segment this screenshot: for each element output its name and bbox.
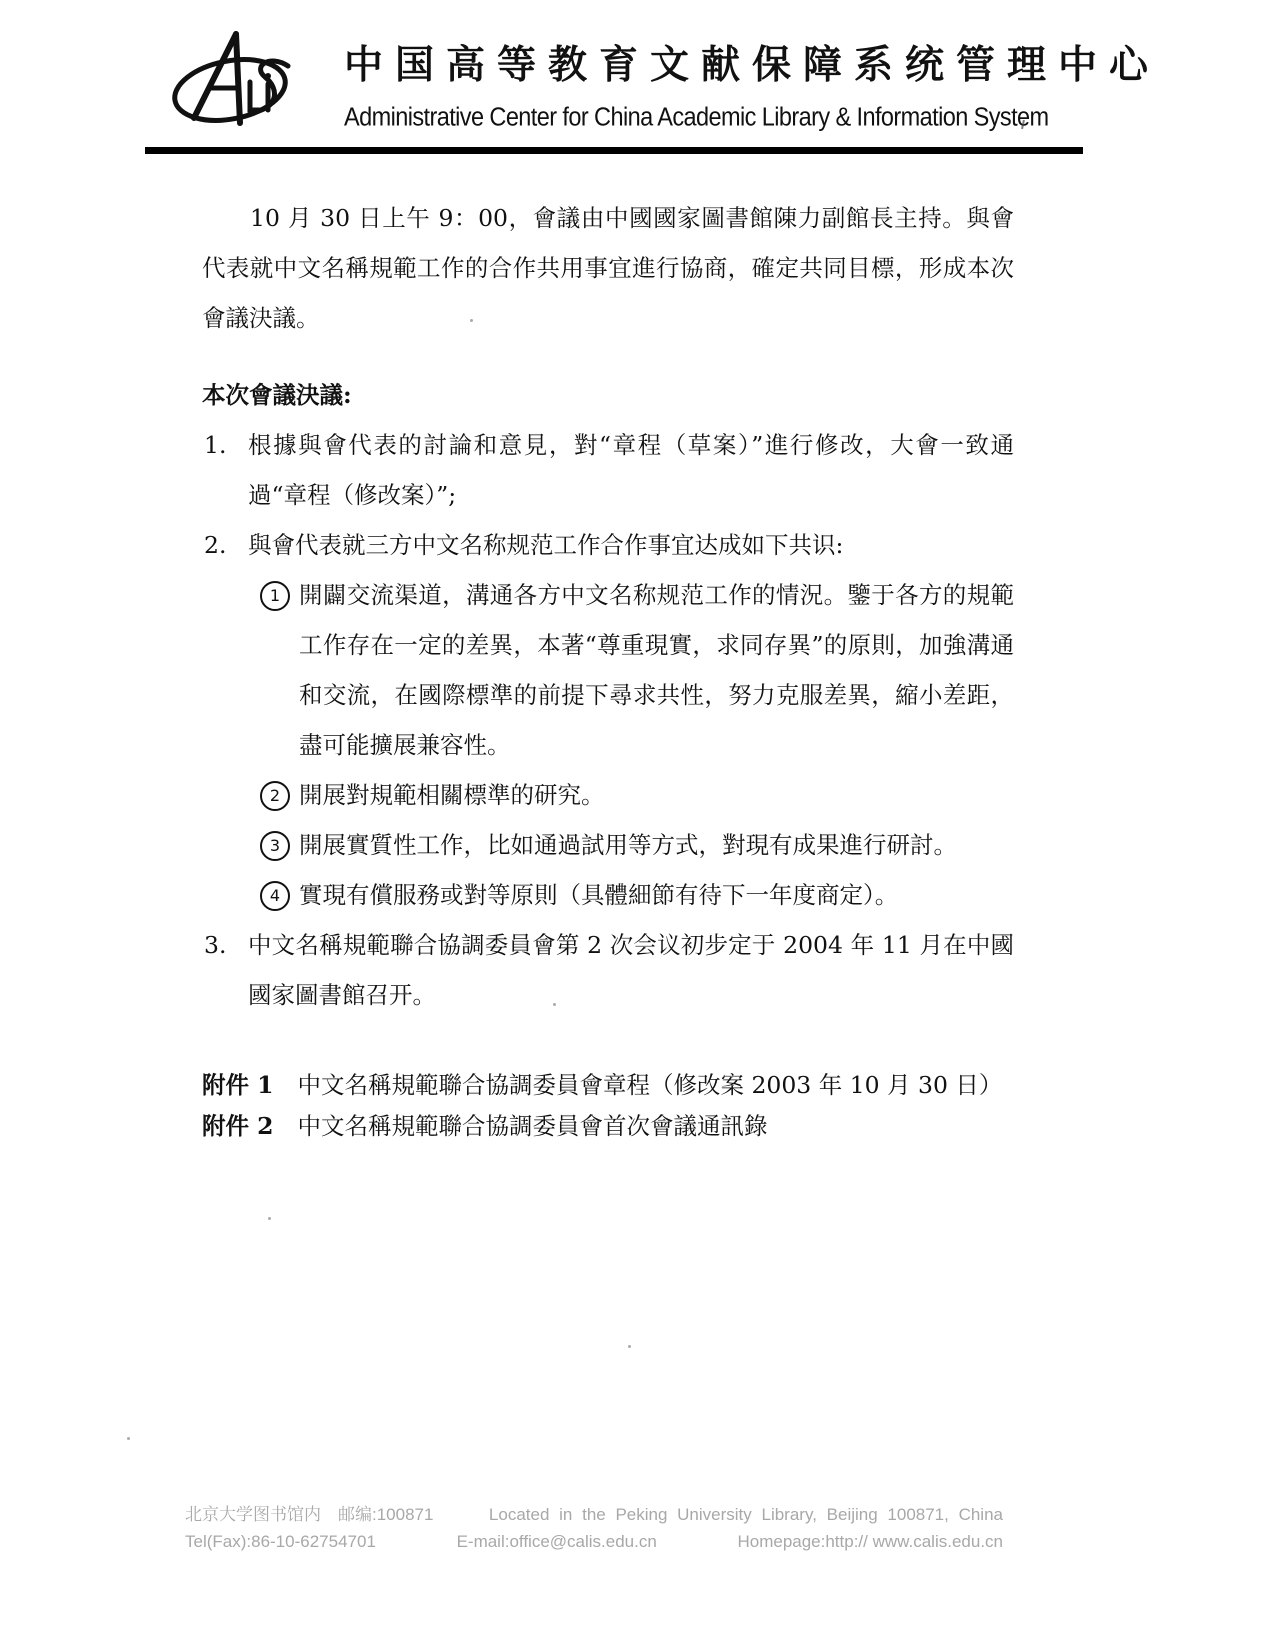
footer-address-en: Located in the Peking University Library… [489,1501,1003,1528]
scan-artifact-dot [628,1345,631,1348]
org-title-chinese: 中国高等教育文献保障系统管理中心 [344,34,1160,90]
resolution-item-2: 2. 與會代表就三方中文名称规范工作合作事宜达成如下共识: [202,520,1014,570]
attachment-text: 中文名稱規範聯合協調委員會首次會議通訊錄 [297,1112,767,1140]
scan-artifact-dot [404,992,407,995]
consensus-subitem-4: 4 實現有償服務或對等原則（具體細節有待下一年度商定）。 [202,870,1014,920]
resolutions-heading: 本次會議決議: [202,370,1014,420]
subitem-text: 開展對規範相關標準的研究。 [299,781,605,809]
footer-address-line: 北京大学图书馆内 邮编:100871 Located in the Peking… [185,1501,1003,1528]
footer-address-zh: 北京大学图书馆内 邮编:100871 [185,1501,433,1528]
letter-body: 10 月 30 日上午 9：00，會議由中國國家圖書館陳力副館長主持。與會代表就… [202,193,1014,1147]
scan-artifact-dot [127,1437,130,1440]
circled-number-icon: 1 [260,581,290,611]
calis-logo-icon [160,26,300,138]
footer-contact-line: Tel(Fax):86-10-62754701 E-mail:office@ca… [185,1528,1003,1555]
footer-homepage: Homepage:http:// www.calis.edu.cn [737,1528,1003,1555]
letterhead: 中国高等教育文献保障系统管理中心 Administrative Center f… [160,26,1160,138]
org-title-english: Administrative Center for China Academic… [344,103,1144,133]
item-text: 中文名稱規範聯合協調委員會第 2 次会议初步定于 2004 年 11 月在中國國… [248,931,1014,1009]
attachment-label: 附件 2 [202,1106,290,1147]
letterhead-divider [145,147,1083,154]
item-text: 根據與會代表的討論和意見，對“章程（草案）”進行修改，大會一致通過“章程（修改案… [248,431,1014,509]
footer-email: E-mail:office@calis.edu.cn [457,1528,657,1555]
document-page: 中国高等教育文献保障系统管理中心 Administrative Center f… [0,0,1275,1630]
subitem-text: 開展實質性工作，比如通過試用等方式，對現有成果進行研討。 [299,831,957,859]
letterhead-titles: 中国高等教育文献保障系统管理中心 Administrative Center f… [344,26,1160,131]
circled-number-icon: 2 [260,781,290,811]
consensus-subitem-3: 3 開展實質性工作，比如通過試用等方式，對現有成果進行研討。 [202,820,1014,870]
attachment-text: 中文名稱規範聯合協調委員會章程（修改案 2003 年 10 月 30 日） [297,1071,1002,1099]
opening-paragraph: 10 月 30 日上午 9：00，會議由中國國家圖書館陳力副館長主持。與會代表就… [202,193,1014,343]
attachment-1: 附件 1 中文名稱規範聯合協調委員會章程（修改案 2003 年 10 月 30 … [202,1065,1014,1106]
item-text: 與會代表就三方中文名称规范工作合作事宜达成如下共识: [248,531,843,559]
resolution-item-1: 1. 根據與會代表的討論和意見，對“章程（草案）”進行修改，大會一致通過“章程（… [202,420,1014,520]
item-number: 2. [204,520,226,570]
resolution-item-3: 3. 中文名稱規範聯合協調委員會第 2 次会议初步定于 2004 年 11 月在… [202,920,1014,1020]
subitem-text: 實現有償服務或對等原則（具體細節有待下一年度商定）。 [299,881,898,909]
attachments-list: 附件 1 中文名稱規範聯合協調委員會章程（修改案 2003 年 10 月 30 … [202,1065,1014,1147]
circled-number-icon: 4 [260,881,290,911]
consensus-subitem-1: 1 開闢交流渠道，溝通各方中文名称规范工作的情況。鑒于各方的規範工作存在一定的差… [202,570,1014,770]
letter-footer: 北京大学图书馆内 邮编:100871 Located in the Peking… [185,1501,1003,1555]
footer-tel: Tel(Fax):86-10-62754701 [185,1528,376,1555]
scan-artifact-dot [553,1003,556,1006]
scan-artifact-dot [268,1217,271,1220]
attachment-2: 附件 2 中文名稱規範聯合協調委員會首次會議通訊錄 [202,1106,1014,1147]
consensus-subitem-2: 2 開展對規範相關標準的研究。 [202,770,1014,820]
subitem-text: 開闢交流渠道，溝通各方中文名称规范工作的情況。鑒于各方的規範工作存在一定的差異，… [299,581,1014,759]
attachment-label: 附件 1 [202,1065,290,1106]
item-number: 3. [204,920,226,970]
item-number: 1. [204,420,226,470]
scan-artifact-dot [470,319,473,322]
circled-number-icon: 3 [260,831,290,861]
